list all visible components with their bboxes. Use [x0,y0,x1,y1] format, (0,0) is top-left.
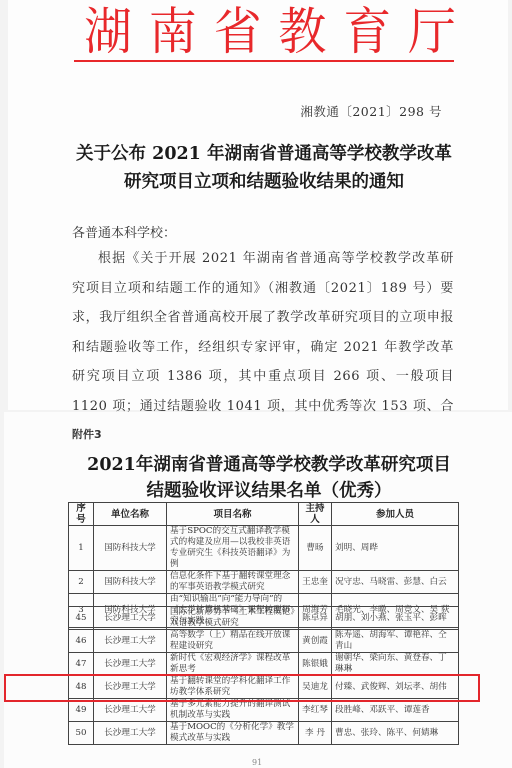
cell-host: 陈银娥 [299,653,332,676]
cell-host: 黄创霞 [299,630,332,653]
column-header-project: 项目名称 [167,503,299,526]
attachment-page: 附件3 2021年湖南省普通高等学校教学改革研究项目 结题验收评议结果名单（优秀… [4,412,512,768]
letterhead-divider [74,60,454,62]
cell-project: 基于SPOC的交互式翻译教学模式的构建及应用—以我校非英语专业研究生《科技英语翻… [167,526,299,571]
cell-unit: 长沙理工大学 [94,676,167,699]
attachment-title: 2021年湖南省普通高等学校教学改革研究项目 结题验收评议结果名单（优秀） [64,452,474,504]
letterhead-char: 厅 [408,3,456,62]
cell-project: 高等数学（上）精品在线开放课程建设研究 [167,630,299,653]
cell-host: 陈卓异 [299,607,332,630]
cell-unit: 长沙理工大学 [94,653,167,676]
cell-index: 1 [69,526,94,571]
letterhead-char: 湖 [84,3,132,62]
document-title: 关于公布 2021 年湖南省普通高等学校教学改革 研究项目立项和结题验收结果的通… [68,140,460,196]
cell-project: 基于多元素能力提升的翻译测试机制改革与实践 [167,699,299,722]
cell-unit: 长沙理工大学 [94,607,167,630]
cell-host: 李 丹 [299,722,332,745]
attachment-title-line-1: 2021年湖南省普通高等学校教学改革研究项目 [64,452,474,478]
salutation: 各普通本科学校： [72,222,176,241]
column-header-index: 序号 [69,503,94,526]
cell-members: 刘明、周晔 [332,526,459,571]
cell-index: 49 [69,699,94,722]
results-table-bottom: 45 长沙理工大学 国际化新形势下《土木工程概论》双语教学模式研究 陈卓异 胡朋… [68,606,459,745]
table-header-row: 序号 单位名称 项目名称 主持人 参加人员 [69,503,459,526]
cell-index: 2 [69,571,94,594]
table-row-highlighted: 48 长沙理工大学 基于翻转课堂的学科化翻译工作坊教学体系研究 吴迪龙 付臻、武… [69,676,459,699]
document-number: 湘教通〔2021〕298 号 [300,102,442,120]
title-line-2: 研究项目立项和结题验收结果的通知 [68,168,460,196]
letterhead-char: 教 [278,3,326,62]
cell-unit: 国防科技大学 [94,571,167,594]
cell-project: 基于翻转课堂的学科化翻译工作坊教学体系研究 [167,676,299,699]
cell-index: 50 [69,722,94,745]
cell-members: 陈寿遥、胡海军、谭艳祥、仝青山 [332,630,459,653]
letterhead-char: 南 [149,3,197,62]
cell-project: 基于MOOC的《分析化学》教学模式改革与实践 [167,722,299,745]
column-header-unit: 单位名称 [94,503,167,526]
table-row: 47 长沙理工大学 新时代《宏观经济学》课程改革新思考 陈银娥 谢朝华、梁向东、… [69,653,459,676]
cell-index: 48 [69,676,94,699]
cell-unit: 长沙理工大学 [94,722,167,745]
attachment-label: 附件3 [72,426,102,442]
page-number: 91 [252,758,262,767]
cell-members: 付臻、武俊辉、刘坛孝、胡伟 [332,676,459,699]
attachment-title-line-2: 结题验收评议结果名单（优秀） [64,478,474,504]
cell-members: 谢朝华、梁向东、黄登春、丁琳琳 [332,653,459,676]
cell-members: 段胜峰、邓跃平、谭莲香 [332,699,459,722]
letterhead-char: 育 [343,3,391,62]
table-row: 45 长沙理工大学 国际化新形势下《土木工程概论》双语教学模式研究 陈卓异 胡朋… [69,607,459,630]
table-row: 49 长沙理工大学 基于多元素能力提升的翻译测试机制改革与实践 李红琴 段胜峰、… [69,699,459,722]
cell-members: 曹忠、张玲、陈平、何婧琳 [332,722,459,745]
cell-members: 况守忠、马晓雷、彭慧、白云 [332,571,459,594]
table-row: 46 长沙理工大学 高等数学（上）精品在线开放课程建设研究 黄创霞 陈寿遥、胡海… [69,630,459,653]
column-header-host: 主持人 [299,503,332,526]
cell-unit: 国防科技大学 [94,526,167,571]
table-row: 2 国防科技大学 信息化条件下基于翻转课堂理念的军事英语教学模式研究 王忠奎 况… [69,571,459,594]
cell-host: 王忠奎 [299,571,332,594]
cell-index: 46 [69,630,94,653]
title-line-1: 关于公布 2021 年湖南省普通高等学校教学改革 [68,140,460,168]
cell-index: 47 [69,653,94,676]
letterhead-char: 省 [214,3,262,62]
column-header-members: 参加人员 [332,503,459,526]
cell-project: 国际化新形势下《土木工程概论》双语教学模式研究 [167,607,299,630]
cell-unit: 长沙理工大学 [94,699,167,722]
cell-project: 信息化条件下基于翻转课堂理念的军事英语教学模式研究 [167,571,299,594]
cell-index: 45 [69,607,94,630]
cell-host: 吴迪龙 [299,676,332,699]
cell-members: 胡朋、刘小燕、张玉平、彭晖 [332,607,459,630]
letterhead-issuer: 湖 南 省 教 育 厅 [84,4,456,60]
table-row: 50 长沙理工大学 基于MOOC的《分析化学》教学模式改革与实践 李 丹 曹忠、… [69,722,459,745]
cell-unit: 长沙理工大学 [94,630,167,653]
cell-host: 曹旸 [299,526,332,571]
table-row: 1 国防科技大学 基于SPOC的交互式翻译教学模式的构建及应用—以我校非英语专业… [69,526,459,571]
cell-host: 李红琴 [299,699,332,722]
cell-project: 新时代《宏观经济学》课程改革新思考 [167,653,299,676]
notice-page: 湖 南 省 教 育 厅 湘教通〔2021〕298 号 关于公布 2021 年湖南… [8,0,508,410]
